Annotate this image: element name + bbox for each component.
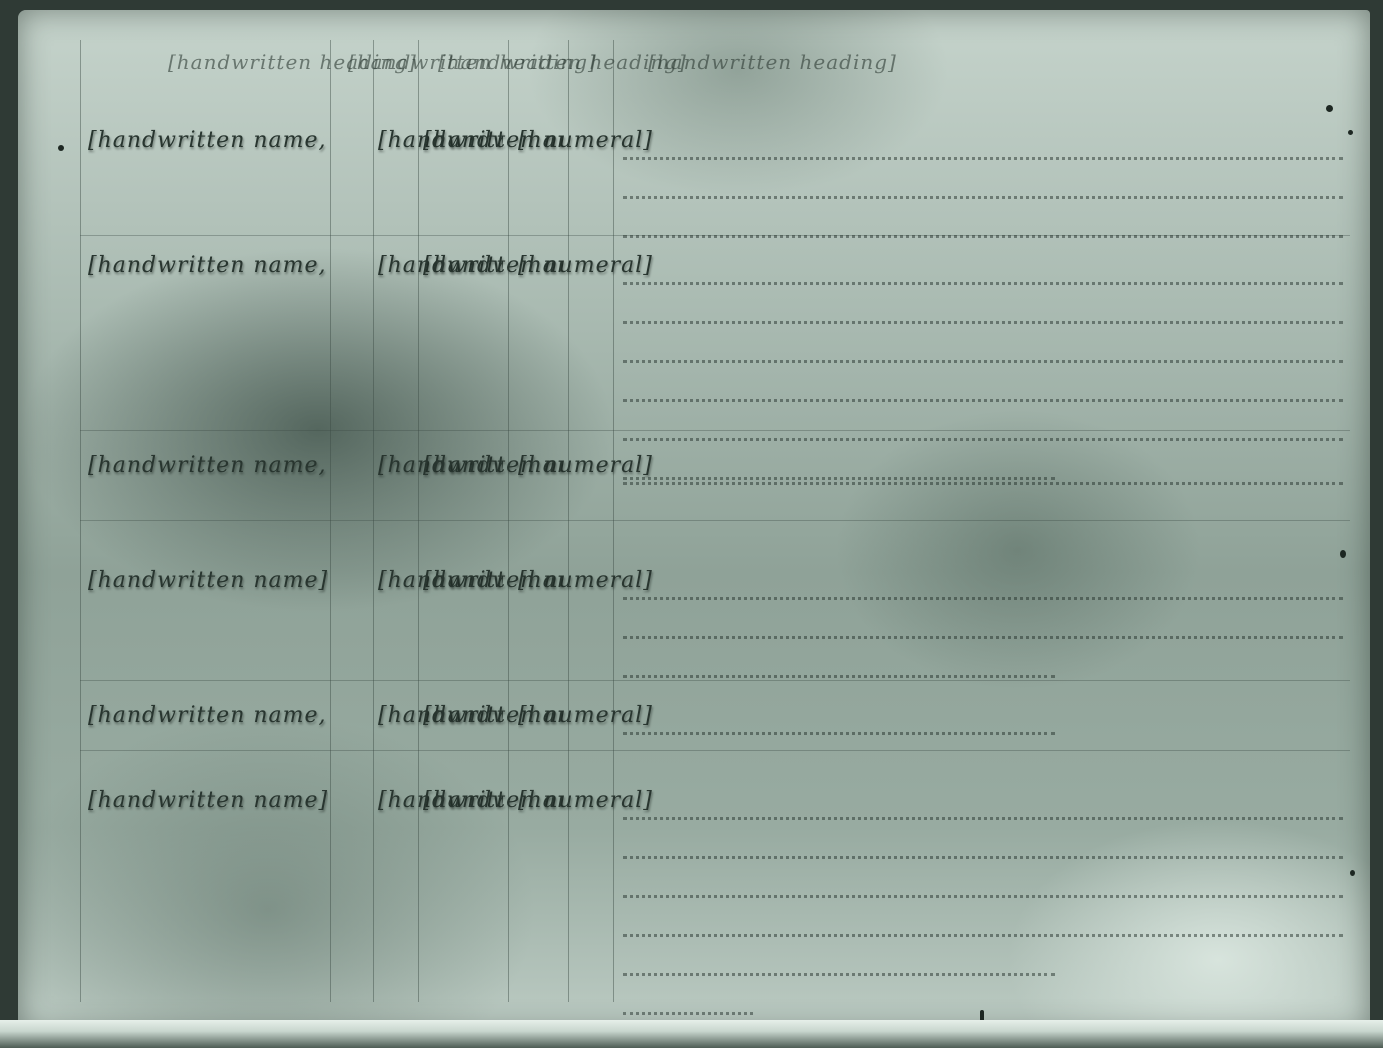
entry-amount: [handwritten amount] xyxy=(423,450,503,482)
entry-name: [handwritten name] xyxy=(88,565,328,597)
entry-number: [handwritten numeral] xyxy=(378,785,653,817)
photo-edge xyxy=(0,1020,1383,1048)
entry-number: [handwritten numeral] xyxy=(378,450,653,482)
manuscript-photo: [handwritten heading] [handwritten headi… xyxy=(0,0,1383,1048)
entry-name: [handwritten name, 2 lines] xyxy=(88,450,328,482)
entry-amount: [handwritten amount] xyxy=(423,250,503,282)
column-rule xyxy=(613,40,614,1002)
entry-description xyxy=(623,125,1343,242)
ink-spot xyxy=(1340,550,1346,558)
entry-number: [handwritten numeral] xyxy=(378,125,653,157)
column-rule xyxy=(373,40,374,1002)
row-rule xyxy=(80,520,1350,521)
entry-unit: [handwritten] xyxy=(518,785,563,817)
entry-description xyxy=(623,785,1343,1019)
entry-description xyxy=(623,565,1343,682)
column-rule xyxy=(80,40,81,1002)
entry-name: [handwritten name, 2 lines] xyxy=(88,700,328,732)
entry-amount: [handwritten amount, 2 lines] xyxy=(423,125,503,157)
entry-amount: [handwritten amount] xyxy=(423,565,503,597)
entry-unit: [handwritten, 2 lines] xyxy=(518,125,563,157)
header-col4: [handwritten heading] xyxy=(648,50,897,100)
entry-unit: [handwritten] xyxy=(518,565,563,597)
entry-description xyxy=(623,250,1343,484)
column-rule xyxy=(568,40,569,1002)
entry-number: [handwritten numeral] xyxy=(378,700,653,732)
entry-amount: [handwritten amount] xyxy=(423,785,503,817)
entry-amount: [handwritten amount] xyxy=(423,700,503,732)
ink-spot xyxy=(1326,105,1333,112)
ink-spot xyxy=(1348,130,1353,135)
manuscript-page: [handwritten heading] [handwritten headi… xyxy=(18,10,1370,1032)
entry-unit: [handwritten] xyxy=(518,250,563,282)
entry-unit: [handwritten] xyxy=(518,450,563,482)
entry-name: [handwritten name, 2 lines] xyxy=(88,250,328,282)
ink-spot xyxy=(58,145,64,151)
column-rule xyxy=(508,40,509,1002)
column-rule xyxy=(330,40,331,1002)
entry-unit: [handwritten] xyxy=(518,700,563,732)
entry-description xyxy=(623,700,1343,739)
ink-spot xyxy=(1350,870,1355,876)
column-rule xyxy=(418,40,419,1002)
entry-number: [handwritten numeral] xyxy=(378,250,653,282)
entry-description xyxy=(623,450,1343,489)
row-rule xyxy=(80,750,1350,751)
entry-name: [handwritten name, 2 lines] xyxy=(88,125,328,157)
entry-name: [handwritten name] xyxy=(88,785,328,817)
header-text: [handwritten heading] xyxy=(648,50,897,74)
entry-number: [handwritten numeral] xyxy=(378,565,653,597)
